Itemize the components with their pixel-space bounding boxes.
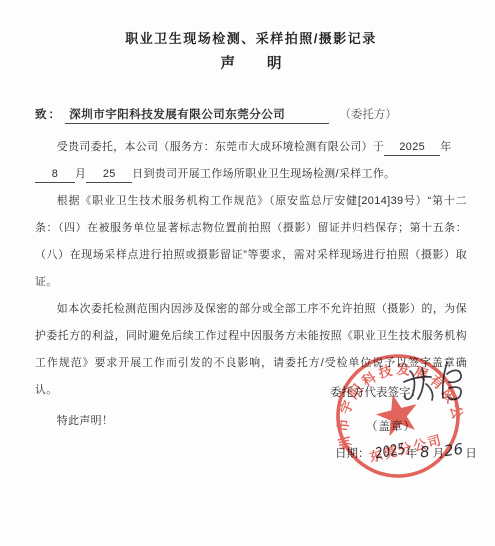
paragraph-regulation: 根据《职业卫生技术服务机构工作规范》（原安监总厅安健[2014]39号）“第十二… (35, 188, 467, 296)
fill-in-year: 2025 (384, 140, 440, 156)
addressee-company-name: 深圳市宇阳科技发展有限公司东莞分公司 (65, 109, 329, 124)
fill-in-day: 25 (86, 167, 132, 183)
paragraph-commission: 受贵司委托，本公司（服务方：东莞市大成环境检测有限公司）于2025年8月25日到… (35, 134, 467, 188)
seal-star-icon (372, 390, 422, 439)
addressee-line: 致： 深圳市宇阳科技发展有限公司东莞分公司 （委托方） (35, 106, 467, 122)
scanned-declaration-document: 职业卫生现场检测、采样拍照/摄影记录 声 明 致： 深圳市宇阳科技发展有限公司东… (0, 0, 495, 546)
addressee-label: 致： (35, 109, 62, 121)
document-subtitle: 声 明 (35, 52, 467, 73)
document-title: 职业卫生现场检测、采样拍照/摄影记录 (35, 28, 467, 47)
month-unit: 月 (75, 168, 86, 180)
paragraph-commission-intro: 受贵司委托，本公司（服务方：东莞市大成环境检测有限公司）于 (57, 141, 384, 153)
seal-branch-text: 东莞分公司 (368, 432, 444, 465)
fill-in-month: 8 (35, 167, 75, 183)
addressee-suffix: （委托方） (339, 109, 397, 121)
year-unit: 年 (440, 141, 451, 153)
paragraph-commission-rest: 日到贵司开展工作场所职业卫生现场检测/采样工作。 (132, 168, 395, 180)
